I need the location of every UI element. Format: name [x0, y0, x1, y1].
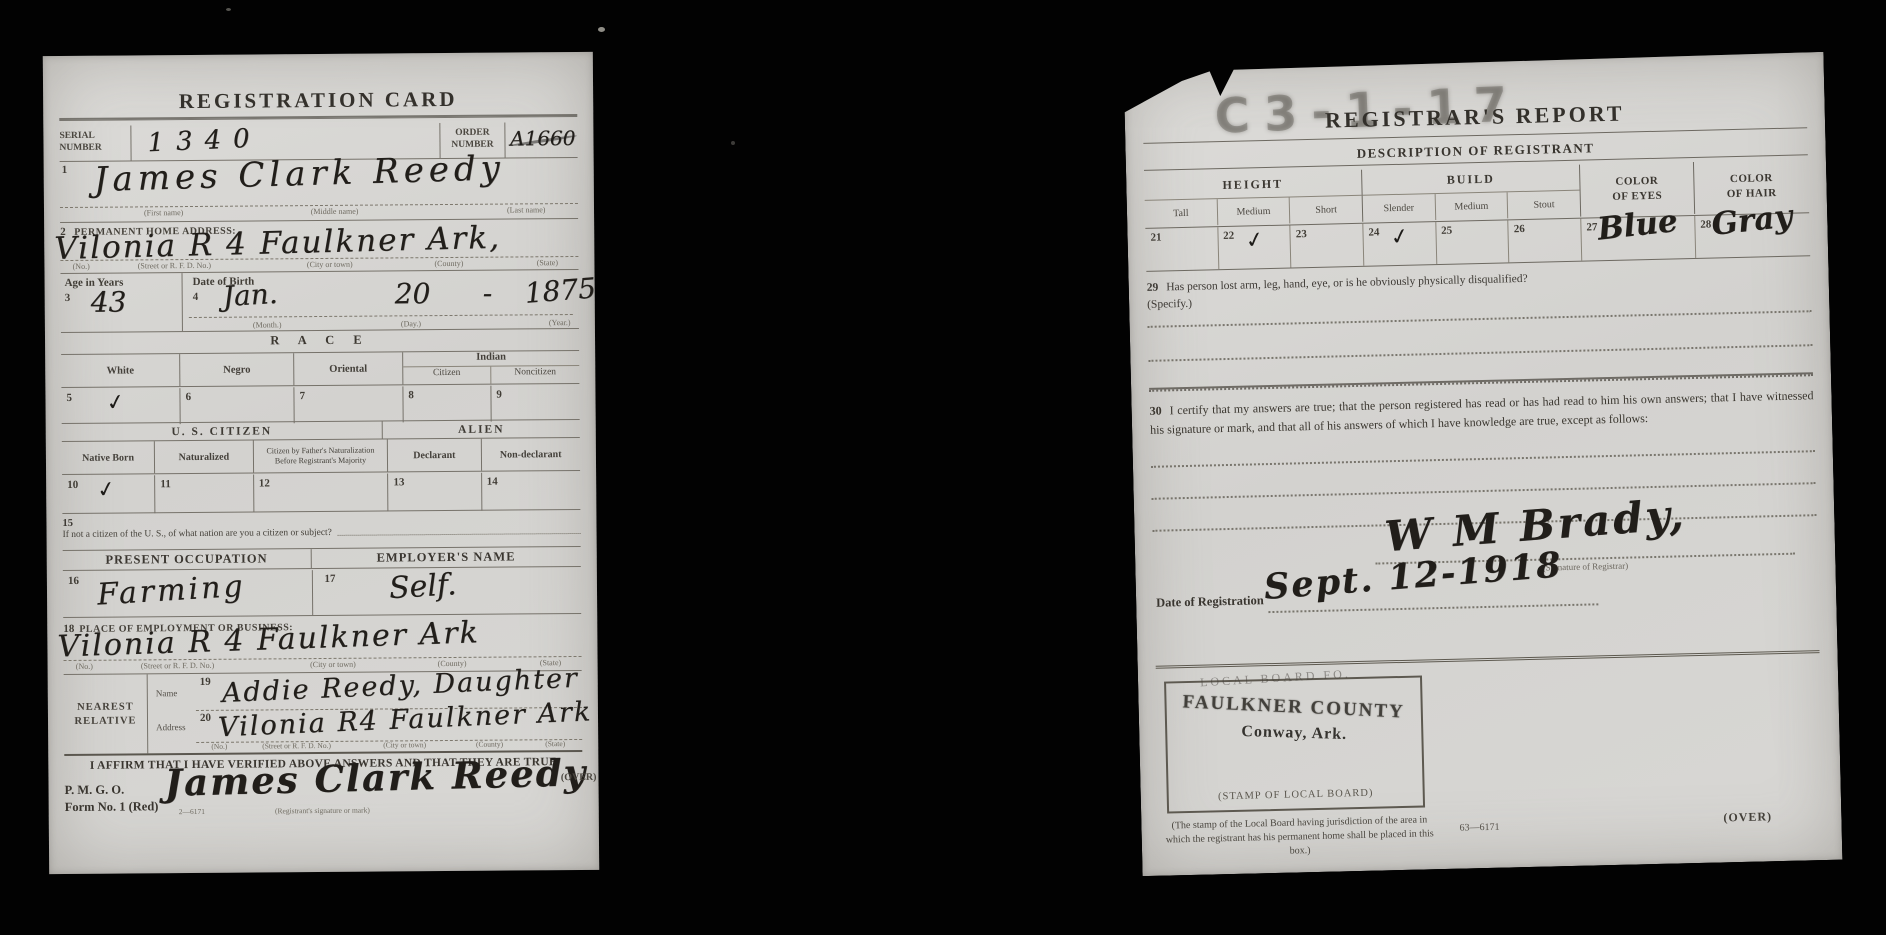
cell-number: 24: [1368, 226, 1379, 238]
county-label: (County): [476, 740, 503, 749]
height-group: HEIGHT Tall Medium Short: [1144, 170, 1363, 227]
field-number-17: 17: [324, 573, 335, 585]
form-identifier: P. M. G. O. Form No. 1 (Red): [64, 781, 158, 815]
relative-address-caption: Address: [156, 722, 186, 732]
registrant-signature: James Clark Reedy: [164, 750, 588, 805]
declarant-cell: 13: [388, 473, 482, 512]
faint-stamp-text: LOCAL BOARD FO.: [1200, 667, 1352, 691]
street-label: (Street or R. F. D. No.): [138, 261, 211, 271]
title-rule: [59, 114, 577, 121]
age-handwriting: 43: [91, 286, 127, 319]
field-number-15: 15: [62, 518, 73, 529]
occupation-values: 16 Farming 17 Self.: [63, 568, 581, 617]
no-label: (No.): [76, 662, 93, 671]
birth-dash-handwriting: -: [483, 277, 493, 310]
date-of-registration-label: Date of Registration: [1156, 593, 1264, 611]
stamp-box-caption: (STAMP OF LOCAL BOARD): [1169, 787, 1423, 804]
father-naturalization-label: Citizen by Father's Naturalization Befor…: [253, 439, 388, 472]
form-org: P. M. G. O.: [64, 781, 158, 799]
scan-speck: [598, 27, 605, 32]
cell-number: 14: [487, 476, 498, 488]
form-number: Form No. 1 (Red): [65, 798, 159, 816]
employer-handwriting: Self.: [388, 567, 457, 606]
field-number-20: 20: [200, 712, 211, 724]
birth-cell: Date of Birth 4 Jan. 20 - 1875 (Month.) …: [183, 270, 579, 331]
short-label: Short: [1290, 196, 1362, 224]
eyes-header-line2: OF EYES: [1612, 189, 1662, 205]
divider: [311, 570, 312, 615]
field-number-16: 16: [68, 575, 79, 587]
cell-number: 28: [1700, 219, 1711, 231]
street-label: (Street or R. F. D. No.): [262, 741, 331, 751]
over-label: (OVER): [561, 772, 597, 783]
check-mark: ✓: [1389, 223, 1412, 251]
cell-number: 9: [496, 389, 502, 401]
race-white-cell: 5 ✓: [61, 388, 180, 425]
native-born-cell: 10 ✓: [62, 475, 156, 514]
serial-label-line1: SERIAL: [59, 130, 130, 142]
first-name-label: (First name): [144, 208, 183, 217]
double-divider: [1156, 650, 1820, 669]
race-indian-group: Indian Citizen Noncitizen: [403, 351, 579, 384]
native-born-label: Native Born: [62, 441, 155, 474]
naturalized-label: Naturalized: [155, 441, 254, 474]
field-number-3: 3: [65, 292, 71, 304]
non-declarant-cell: 14: [482, 472, 581, 511]
occupation-header: PRESENT OCCUPATION: [63, 549, 312, 570]
print-code: 63—6171: [1459, 822, 1499, 834]
naturalized-cell: 11: [155, 475, 254, 514]
check-mark: ✓: [95, 476, 118, 504]
build-medium-label: Medium: [1435, 192, 1508, 220]
stout-cell: 26: [1509, 219, 1583, 263]
citizenship-table: Native Born Naturalized Citizen by Fathe…: [62, 438, 581, 514]
cell-number: 27: [1586, 221, 1597, 233]
race-header-row: White Negro Oriental Indian Citizen Nonc…: [61, 351, 579, 388]
birth-day-handwriting: 20: [395, 277, 431, 310]
city-label: (City or town): [310, 660, 356, 669]
dashed-line: [189, 314, 573, 318]
slender-cell: 24 ✓: [1363, 222, 1437, 266]
question-15-text: If not a citizen of the U. S., of what n…: [63, 528, 332, 540]
year-label: (Year.): [549, 318, 571, 327]
field-number-1: 1: [62, 164, 68, 176]
cell-number: 7: [300, 390, 306, 402]
city-label: (City or town): [307, 260, 353, 269]
signature-caption: (Registrant's signature or mark): [275, 806, 370, 816]
race-indian-label: Indian: [403, 351, 579, 367]
field-number-4: 4: [193, 291, 199, 303]
certification-30: 30I certify that my answers are true; th…: [1149, 386, 1814, 439]
nearest-relative-label: NEAREST RELATIVE: [64, 674, 149, 754]
over-label: (OVER): [1723, 809, 1772, 825]
scan-viewer-background: REGISTRATION CARD SERIAL NUMBER 1340 ORD…: [0, 0, 1886, 935]
tall-label: Tall: [1145, 199, 1218, 227]
city-label: (City or town): [383, 740, 426, 749]
cell-number: 8: [408, 389, 414, 401]
race-indian-noncitizen-cell: 9: [491, 385, 579, 422]
birth-month-handwriting: Jan.: [222, 277, 279, 313]
registration-card-title: REGISTRATION CARD: [43, 86, 593, 115]
check-mark: ✓: [104, 389, 127, 417]
serial-number-label: SERIAL NUMBER: [59, 125, 131, 161]
middle-name-label: (Middle name): [311, 207, 359, 216]
race-answer-row: 5 ✓ 6 7 8 9: [61, 385, 579, 425]
relative-content: 19 Addie Reedy, Daughter 20 Vilonia R4 F…: [196, 671, 583, 753]
serial-label-line2: NUMBER: [59, 142, 130, 154]
build-medium-cell: 25: [1436, 220, 1510, 264]
build-group: BUILD Slender Medium Stout: [1362, 165, 1581, 222]
cell-number: 12: [259, 477, 270, 490]
race-indian-citizen-label: Citizen: [403, 367, 491, 385]
order-label-line1: ORDER: [440, 128, 504, 140]
cell-number: 6: [186, 391, 192, 403]
city-stamp: Conway, Ark.: [1167, 721, 1421, 746]
tall-cell: 21: [1145, 227, 1219, 271]
field-number-29: 29: [1147, 282, 1159, 294]
blank-dotted-line: [1152, 482, 1816, 500]
short-cell: 23: [1291, 224, 1365, 268]
cell-number: 10: [67, 479, 78, 491]
nearest-label-line1: NEAREST: [77, 701, 134, 712]
question-29-text: Has person lost arm, leg, hand, eye, or …: [1166, 273, 1528, 294]
race-section-header: R A C E: [45, 331, 595, 350]
cell-number: 25: [1441, 225, 1452, 237]
signature-captions: 2—6171 (Registrant's signature or mark): [179, 806, 370, 817]
name-row: 1 James Clark Reedy: [60, 158, 578, 208]
birth-year-handwriting: 1875: [523, 271, 597, 309]
cell-number: 13: [393, 476, 404, 488]
question-15: 15 If not a citizen of the U. S., of wha…: [62, 514, 580, 548]
relative-name-caption: Name: [156, 688, 178, 698]
race-negro-label: Negro: [180, 353, 294, 386]
age-cell: Age in Years 3 43: [61, 273, 183, 332]
county-label: (County): [434, 259, 463, 268]
cell-number: 22: [1223, 230, 1234, 242]
occupation-handwriting: Farming: [96, 569, 246, 613]
us-citizen-header: U. S. CITIZEN: [62, 422, 383, 442]
registrars-report-card: C3-1-17 REGISTRAR'S REPORT DESCRIPTION O…: [1124, 52, 1843, 876]
race-table: White Negro Oriental Indian Citizen Nonc…: [61, 350, 580, 424]
father-naturalization-cell: 12: [254, 473, 389, 512]
dotted-line: [338, 533, 581, 536]
date-dotted-line: [1268, 603, 1598, 613]
race-negro-cell: 6: [181, 387, 295, 424]
nearest-relative-block: NEAREST RELATIVE Name Address 19 Addie R…: [64, 670, 583, 756]
nearest-label-line2: RELATIVE: [74, 715, 136, 726]
certification-text: I certify that my answers are true; that…: [1150, 388, 1814, 436]
question-29: 29Has person lost arm, leg, hand, eye, o…: [1147, 264, 1812, 314]
cell-number: 5: [66, 392, 72, 404]
slender-label: Slender: [1363, 194, 1436, 222]
state-label: (State): [537, 258, 558, 267]
scan-speck: [731, 141, 735, 145]
scan-speck: [226, 8, 231, 11]
height-medium-label: Medium: [1217, 197, 1290, 225]
cell-number: 26: [1514, 223, 1525, 235]
order-number-value: A1660: [510, 126, 576, 151]
street-label: (Street or R. F. D. No.): [141, 661, 214, 671]
state-label: (State): [545, 739, 565, 748]
cell-number: 21: [1150, 232, 1161, 244]
last-name-label: (Last name): [507, 205, 546, 214]
citizenship-header-row: Native Born Naturalized Citizen by Fathe…: [62, 438, 580, 475]
blank-dotted-line: [1148, 344, 1812, 362]
cell-number: 23: [1296, 228, 1307, 240]
race-indian-noncitizen-label: Noncitizen: [491, 366, 579, 384]
county-stamp: FAULKNER COUNTY: [1166, 691, 1421, 725]
employer-header: EMPLOYER'S NAME: [311, 547, 581, 568]
field-number-30: 30: [1149, 404, 1161, 418]
no-label: (No.): [211, 742, 227, 751]
description-table: HEIGHT Tall Medium Short BUILD Slender M…: [1144, 159, 1810, 272]
citizenship-answer-row: 10 ✓ 11 12 13 14: [62, 472, 580, 514]
no-label: (No.): [73, 262, 90, 271]
race-oriental-cell: 7: [294, 386, 403, 423]
declarant-label: Declarant: [388, 439, 481, 472]
registration-card: REGISTRATION CARD SERIAL NUMBER 1340 ORD…: [43, 52, 599, 874]
hair-header-line1: COLOR: [1730, 171, 1773, 187]
question-29-specify: (Specify.): [1147, 298, 1192, 311]
non-declarant-label: Non-declarant: [481, 438, 580, 471]
height-medium-cell: 22 ✓: [1218, 225, 1292, 269]
age-birth-row: Age in Years 3 43 Date of Birth 4 Jan. 2…: [61, 269, 579, 333]
race-white-label: White: [61, 354, 180, 387]
print-code: 2—6171: [179, 807, 205, 816]
blank-dotted-line: [1151, 450, 1815, 468]
month-label: (Month.): [253, 320, 282, 329]
day-label: (Day.): [401, 319, 421, 328]
cell-number: 11: [160, 478, 171, 490]
race-indian-citizen-cell: 8: [403, 386, 491, 423]
field-number-19: 19: [200, 676, 211, 688]
eyes-header-line1: COLOR: [1615, 174, 1658, 190]
serial-number-value: 1340: [147, 123, 262, 158]
blank-dotted-line: [1148, 310, 1812, 328]
check-mark: ✓: [1243, 227, 1266, 255]
relative-address-row: 20 Vilonia R4 Faulkner Ark: [196, 709, 582, 743]
local-board-stamp-box: LOCAL BOARD FO. FAULKNER COUNTY Conway, …: [1164, 675, 1425, 813]
stamp-instruction-note: (The stamp of the Local Board having jur…: [1163, 813, 1436, 861]
stout-label: Stout: [1508, 191, 1580, 219]
occupation-table: PRESENT OCCUPATION EMPLOYER'S NAME 16 Fa…: [63, 546, 582, 618]
alien-header: ALIEN: [383, 420, 580, 439]
race-oriental-label: Oriental: [294, 352, 403, 385]
